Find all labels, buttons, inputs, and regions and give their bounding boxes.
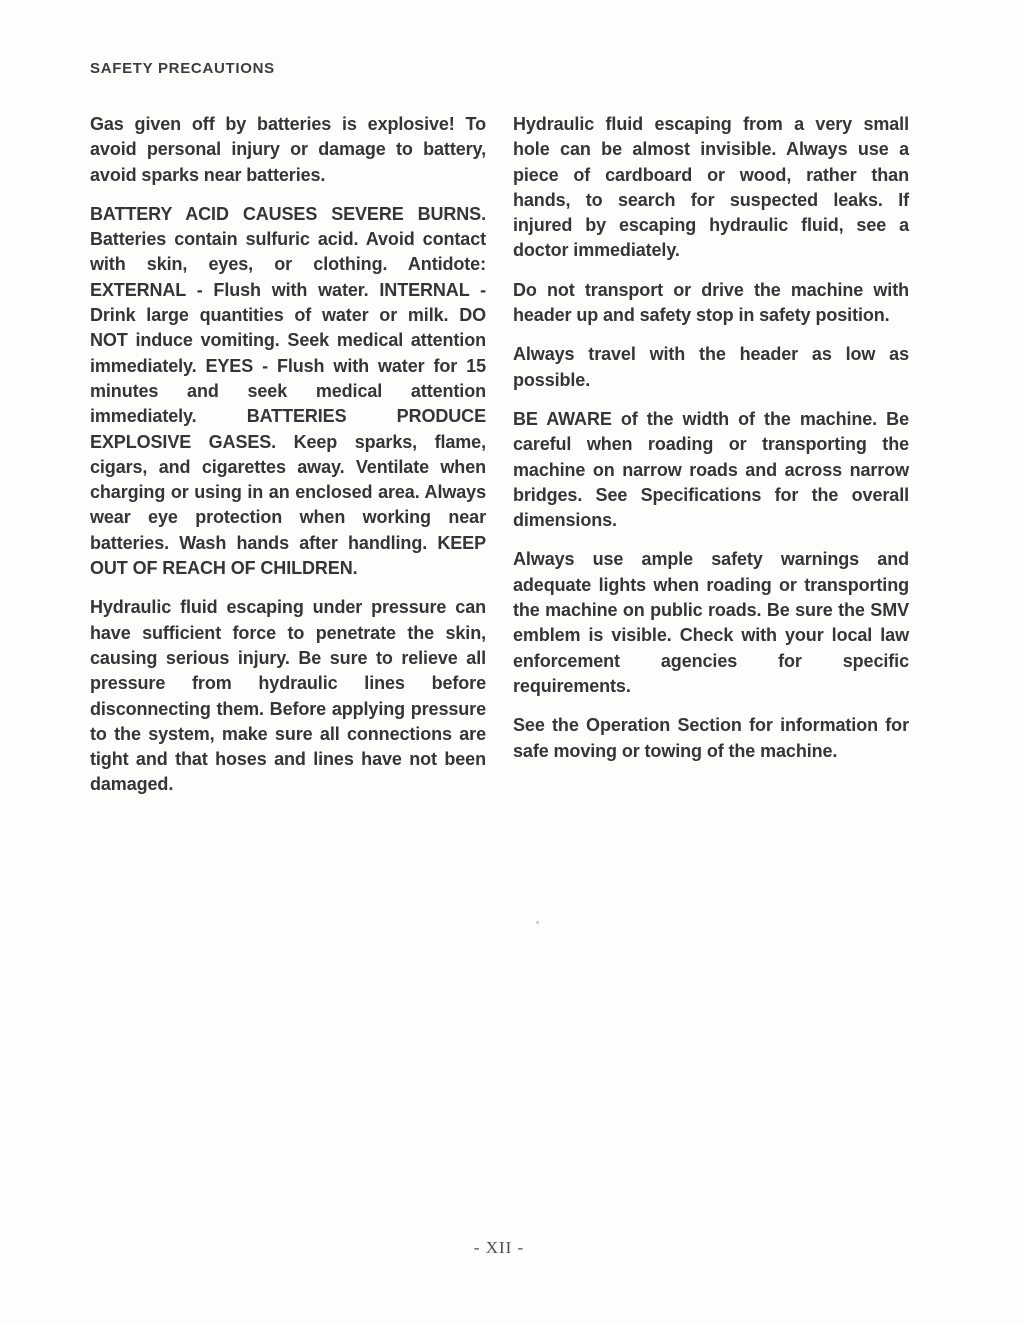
para-travel-header-low: Always travel with the header as low as … — [513, 342, 909, 393]
left-column: Gas given off by batteries is explosive!… — [90, 112, 486, 812]
para-hydraulic-pressure-warning: Hydraulic fluid escaping under pressure … — [90, 595, 486, 797]
page-number: - XII - — [90, 1238, 908, 1258]
scan-artifact-dot — [536, 921, 539, 924]
text-columns: Gas given off by batteries is explosive!… — [90, 112, 910, 812]
para-operation-section-note: See the Operation Section for informatio… — [513, 713, 909, 764]
para-machine-width-warning: BE AWARE of the width of the machine. Be… — [513, 407, 909, 533]
para-battery-gas-warning: Gas given off by batteries is explosive!… — [90, 112, 486, 188]
para-transport-header-warning: Do not transport or drive the machine wi… — [513, 278, 909, 329]
right-column: Hydraulic fluid escaping from a very sma… — [513, 112, 909, 812]
manual-page: SAFETY PRECAUTIONS Gas given off by batt… — [0, 0, 1024, 1325]
para-roading-warnings: Always use ample safety warnings and ade… — [513, 547, 909, 699]
para-hydraulic-leak-warning: Hydraulic fluid escaping from a very sma… — [513, 112, 909, 264]
para-battery-acid-warning: BATTERY ACID CAUSES SEVERE BURNS. Batter… — [90, 202, 486, 581]
page-title: SAFETY PRECAUTIONS — [90, 60, 275, 77]
